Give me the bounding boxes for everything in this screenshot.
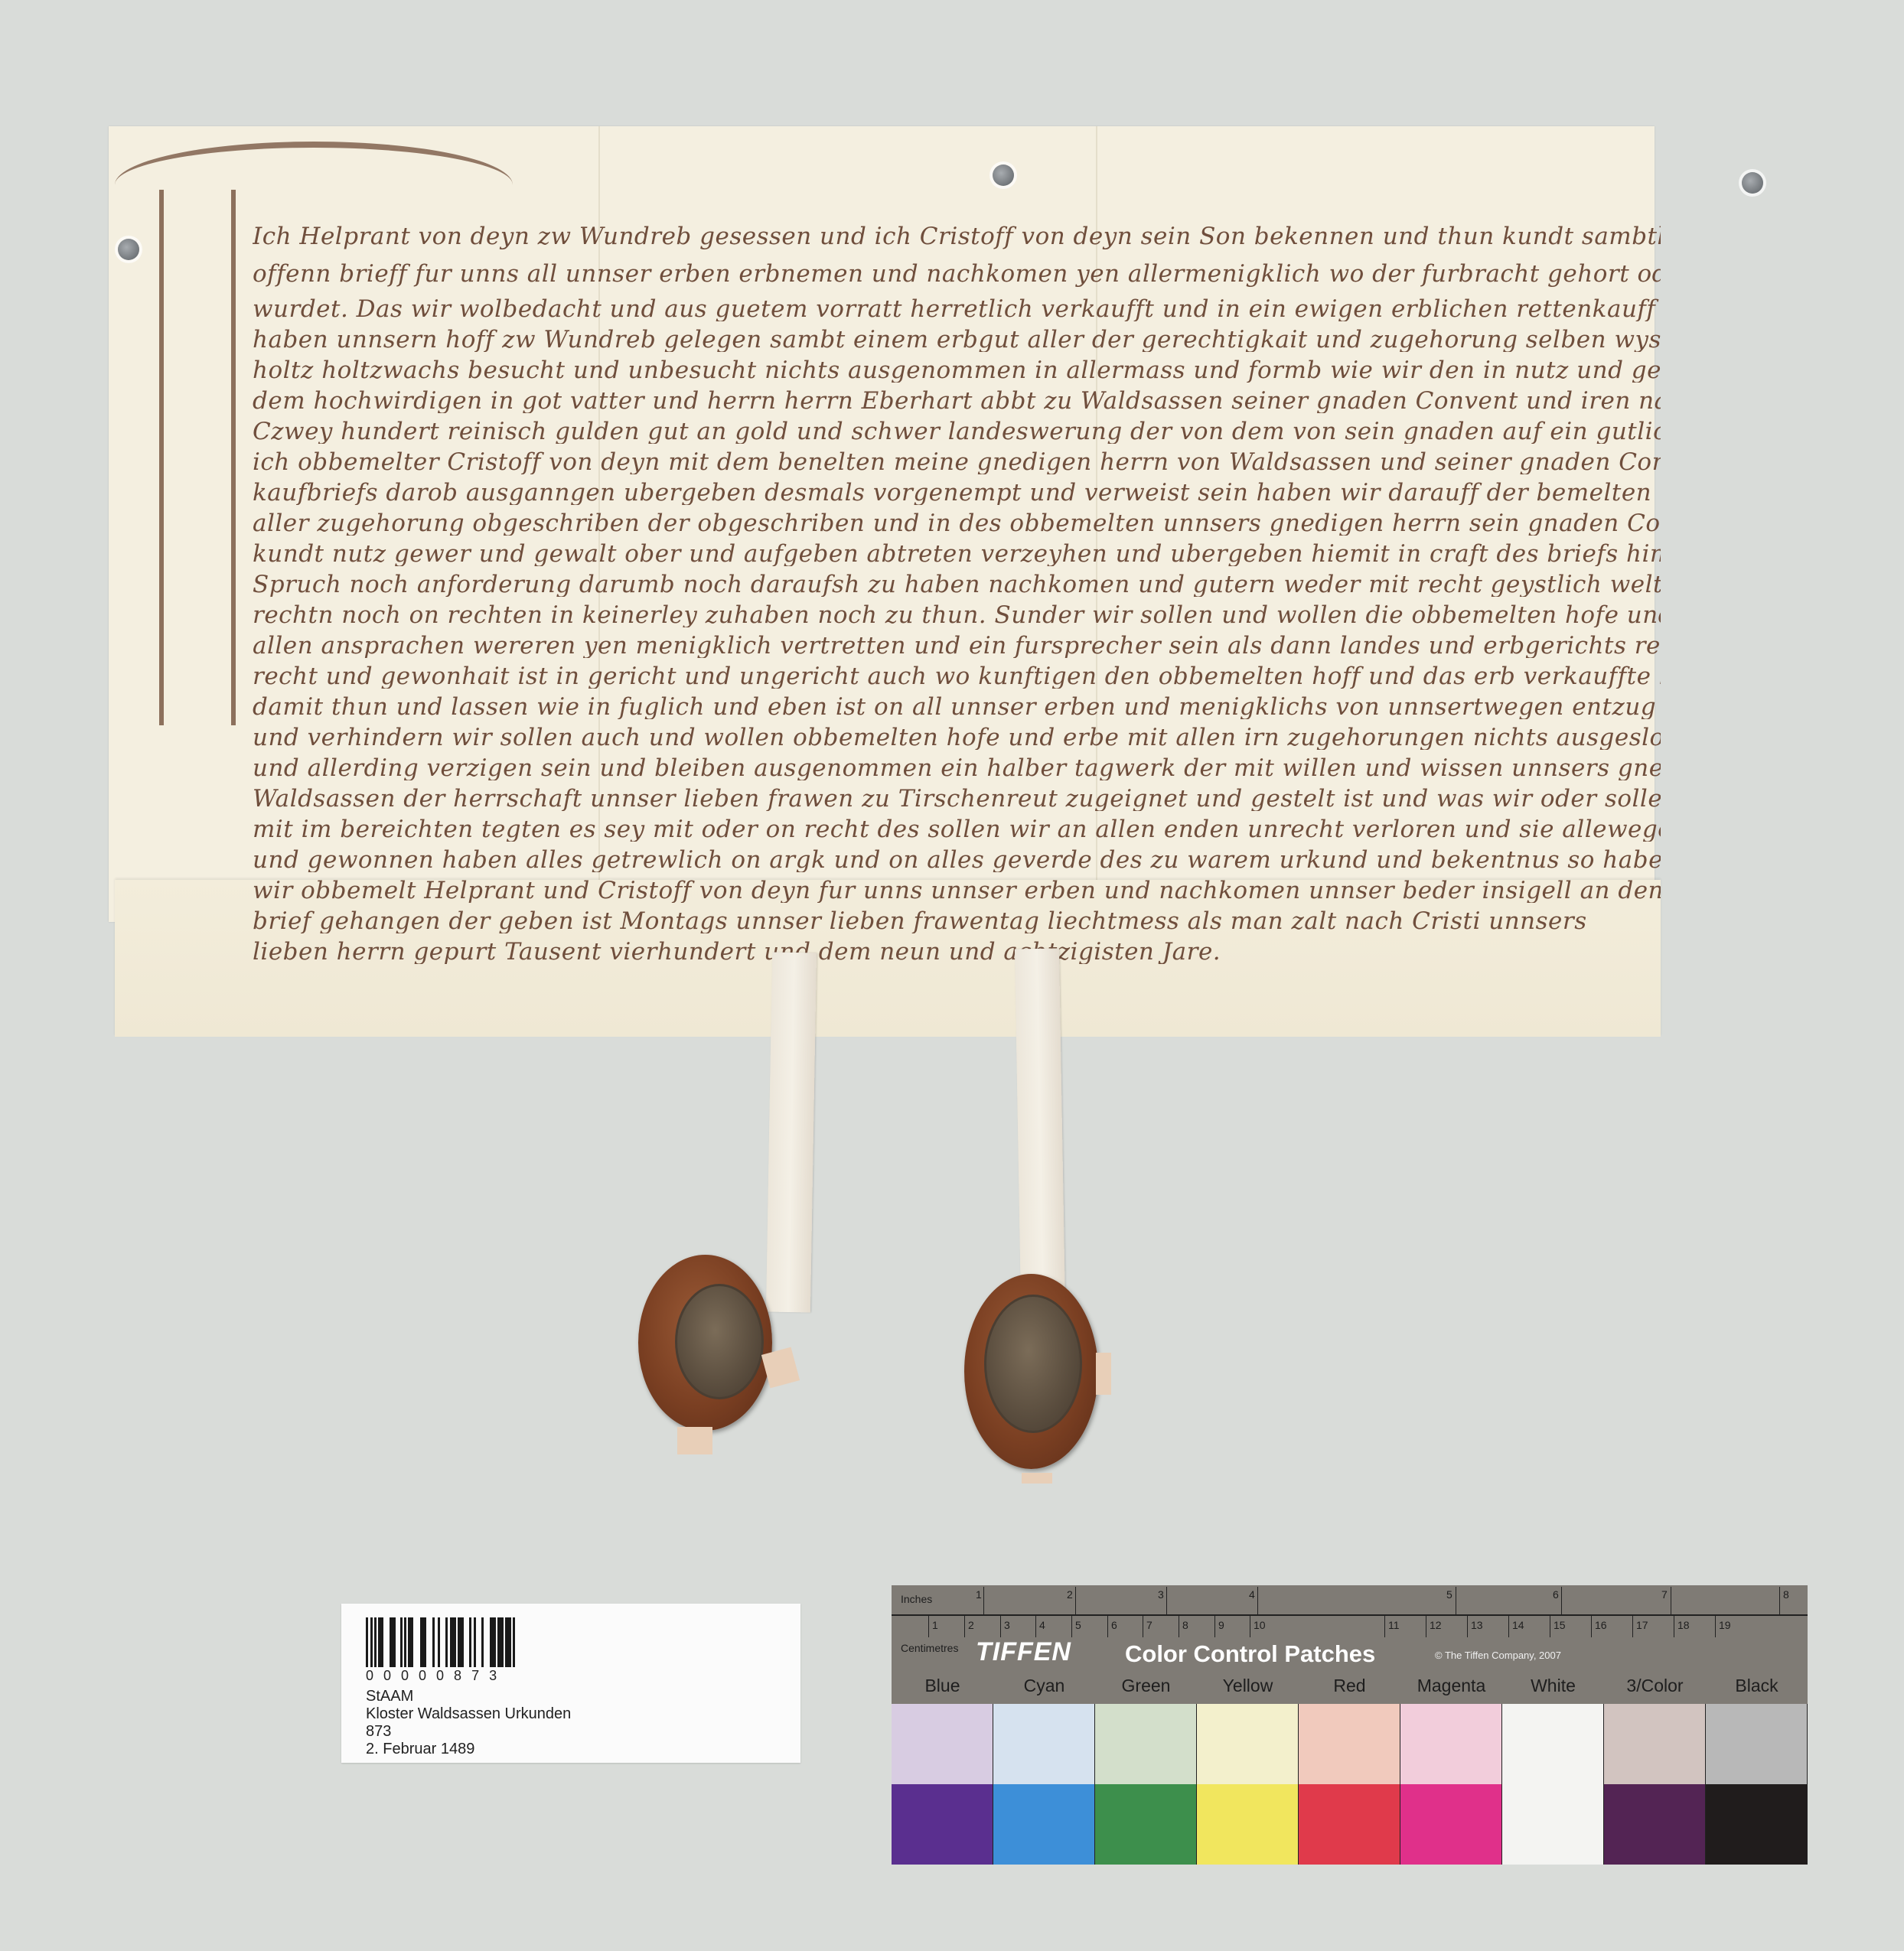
text-line: kundt nutz gewer und gewalt ober und auf… (253, 536, 1661, 566)
inches-label: Inches (901, 1593, 932, 1605)
text-line: aller zugehorung obgeschriben der obgesc… (253, 505, 1661, 536)
decorated-initial-i (159, 190, 236, 725)
label-archive: StAAM (366, 1688, 571, 1705)
color-patches (892, 1704, 1808, 1865)
text-line: Ich Helprant von deyn zw Wundreb gesesse… (253, 218, 1661, 256)
text-line: und gewonnen haben alles getrewlich on a… (253, 842, 1661, 872)
patch-dark (1197, 1784, 1298, 1865)
right-seal (964, 1274, 1098, 1469)
label-number: 873 (366, 1723, 571, 1741)
patch-label: Cyan (993, 1676, 1095, 1696)
patch-light (993, 1704, 1094, 1784)
seal-impression (675, 1284, 764, 1399)
color-patch-blue (892, 1704, 993, 1865)
patch-label: Green (1095, 1676, 1197, 1696)
patch-label: Red (1299, 1676, 1400, 1696)
color-patch-cyan (993, 1704, 1095, 1865)
patch-label: Yellow (1197, 1676, 1299, 1696)
seal-impression (984, 1295, 1082, 1433)
tiffen-logo: TIFFEN (976, 1637, 1071, 1667)
color-patch-black (1706, 1704, 1808, 1865)
label-collection: Kloster Waldsassen Urkunden (366, 1705, 571, 1723)
centimetres-label: Centimetres (901, 1642, 958, 1654)
patch-dark (1095, 1784, 1196, 1865)
text-line: mit im bereichten tegten es sey mit oder… (253, 811, 1661, 842)
seal-tag-end (1096, 1353, 1111, 1395)
chart-title: Color Control Patches (1125, 1640, 1375, 1668)
patch-dark (1400, 1784, 1501, 1865)
patch-dark (892, 1784, 993, 1865)
text-line: allen ansprachen wereren yen menigklich … (253, 627, 1661, 658)
color-patch-red (1299, 1704, 1400, 1865)
patch-label: White (1502, 1676, 1604, 1696)
patch-label: Blue (892, 1676, 993, 1696)
seal-tag-end (1022, 1473, 1052, 1484)
patch-light (892, 1704, 993, 1784)
text-line: kaufbriefs darob ausganngen ubergeben de… (253, 474, 1661, 505)
label-date: 2. Februar 1489 (366, 1741, 571, 1758)
patch-dark (1299, 1784, 1400, 1865)
text-line: wurdet. Das wir wolbedacht und aus guete… (253, 291, 1661, 321)
color-control-chart: Inches Centimetres 1 2 3 4 5 6 7 8 1 2 3… (892, 1585, 1808, 1865)
text-line: haben unnsern hoff zw Wundreb gelegen sa… (253, 321, 1661, 352)
mounting-pin-icon (118, 239, 139, 260)
patch-dark (1706, 1784, 1807, 1865)
left-seal (638, 1255, 772, 1431)
color-patch-magenta (1400, 1704, 1502, 1865)
patch-light (1502, 1704, 1603, 1865)
patch-label: Magenta (1400, 1676, 1502, 1696)
chart-copyright: © The Tiffen Company, 2007 (1435, 1650, 1561, 1661)
text-line: ich obbemelter Cristoff von deyn mit dem… (253, 444, 1661, 474)
text-line: damit thun und lassen wie in fuglich und… (253, 689, 1661, 719)
color-patch-yellow (1197, 1704, 1299, 1865)
patch-light (1400, 1704, 1501, 1784)
color-patch-white (1502, 1704, 1604, 1865)
text-line: Spruch noch anforderung darumb noch dara… (253, 566, 1661, 597)
text-line: lieben herrn gepurt Tausent vierhundert … (253, 933, 1661, 964)
ruler: Inches Centimetres 1 2 3 4 5 6 7 8 1 2 3… (892, 1585, 1808, 1704)
text-line: wir obbemelt Helprant und Cristoff von d… (253, 872, 1661, 903)
text-line: offenn brieff fur unns all unnser erben … (253, 256, 1661, 291)
color-patch-3-color (1604, 1704, 1706, 1865)
barcode (366, 1617, 515, 1667)
archive-label: 00000873 StAAM Kloster Waldsassen Urkund… (341, 1604, 800, 1763)
seal-tag-end (761, 1347, 800, 1389)
seal-tag-left (766, 953, 817, 1313)
seal-tag-end (677, 1427, 712, 1454)
barcode-number: 00000873 (366, 1668, 519, 1684)
text-line: holtz holtzwachs besucht und unbesucht n… (253, 352, 1661, 383)
patch-label: Black (1706, 1676, 1808, 1696)
text-line: brief gehangen der geben ist Montags unn… (253, 903, 1661, 933)
text-line: rechtn noch on rechten in keinerley zuha… (253, 597, 1661, 627)
patch-light (1095, 1704, 1196, 1784)
patch-light (1706, 1704, 1807, 1784)
patch-label: 3/Color (1604, 1676, 1706, 1696)
mounting-pin-icon (993, 164, 1014, 186)
text-line: Czwey hundert reinisch gulden gut an gol… (253, 413, 1661, 444)
patch-dark (1604, 1784, 1705, 1865)
patch-light (1197, 1704, 1298, 1784)
text-line: und verhindern wir sollen auch und wolle… (253, 719, 1661, 750)
color-patch-green (1095, 1704, 1197, 1865)
text-line: dem hochwirdigen in got vatter und herrn… (253, 383, 1661, 413)
charter-text: Ich Helprant von deyn zw Wundreb gesesse… (253, 218, 1661, 964)
mounting-pin-icon (1742, 172, 1763, 194)
patch-light (1604, 1704, 1705, 1784)
text-line: recht und gewonhait ist in gericht und u… (253, 658, 1661, 689)
text-line: und allerding verzigen sein und bleiben … (253, 750, 1661, 780)
text-line: Waldsassen der herrschaft unnser lieben … (253, 780, 1661, 811)
patch-dark (993, 1784, 1094, 1865)
seal-tag-right (1015, 949, 1065, 1309)
patch-light (1299, 1704, 1400, 1784)
